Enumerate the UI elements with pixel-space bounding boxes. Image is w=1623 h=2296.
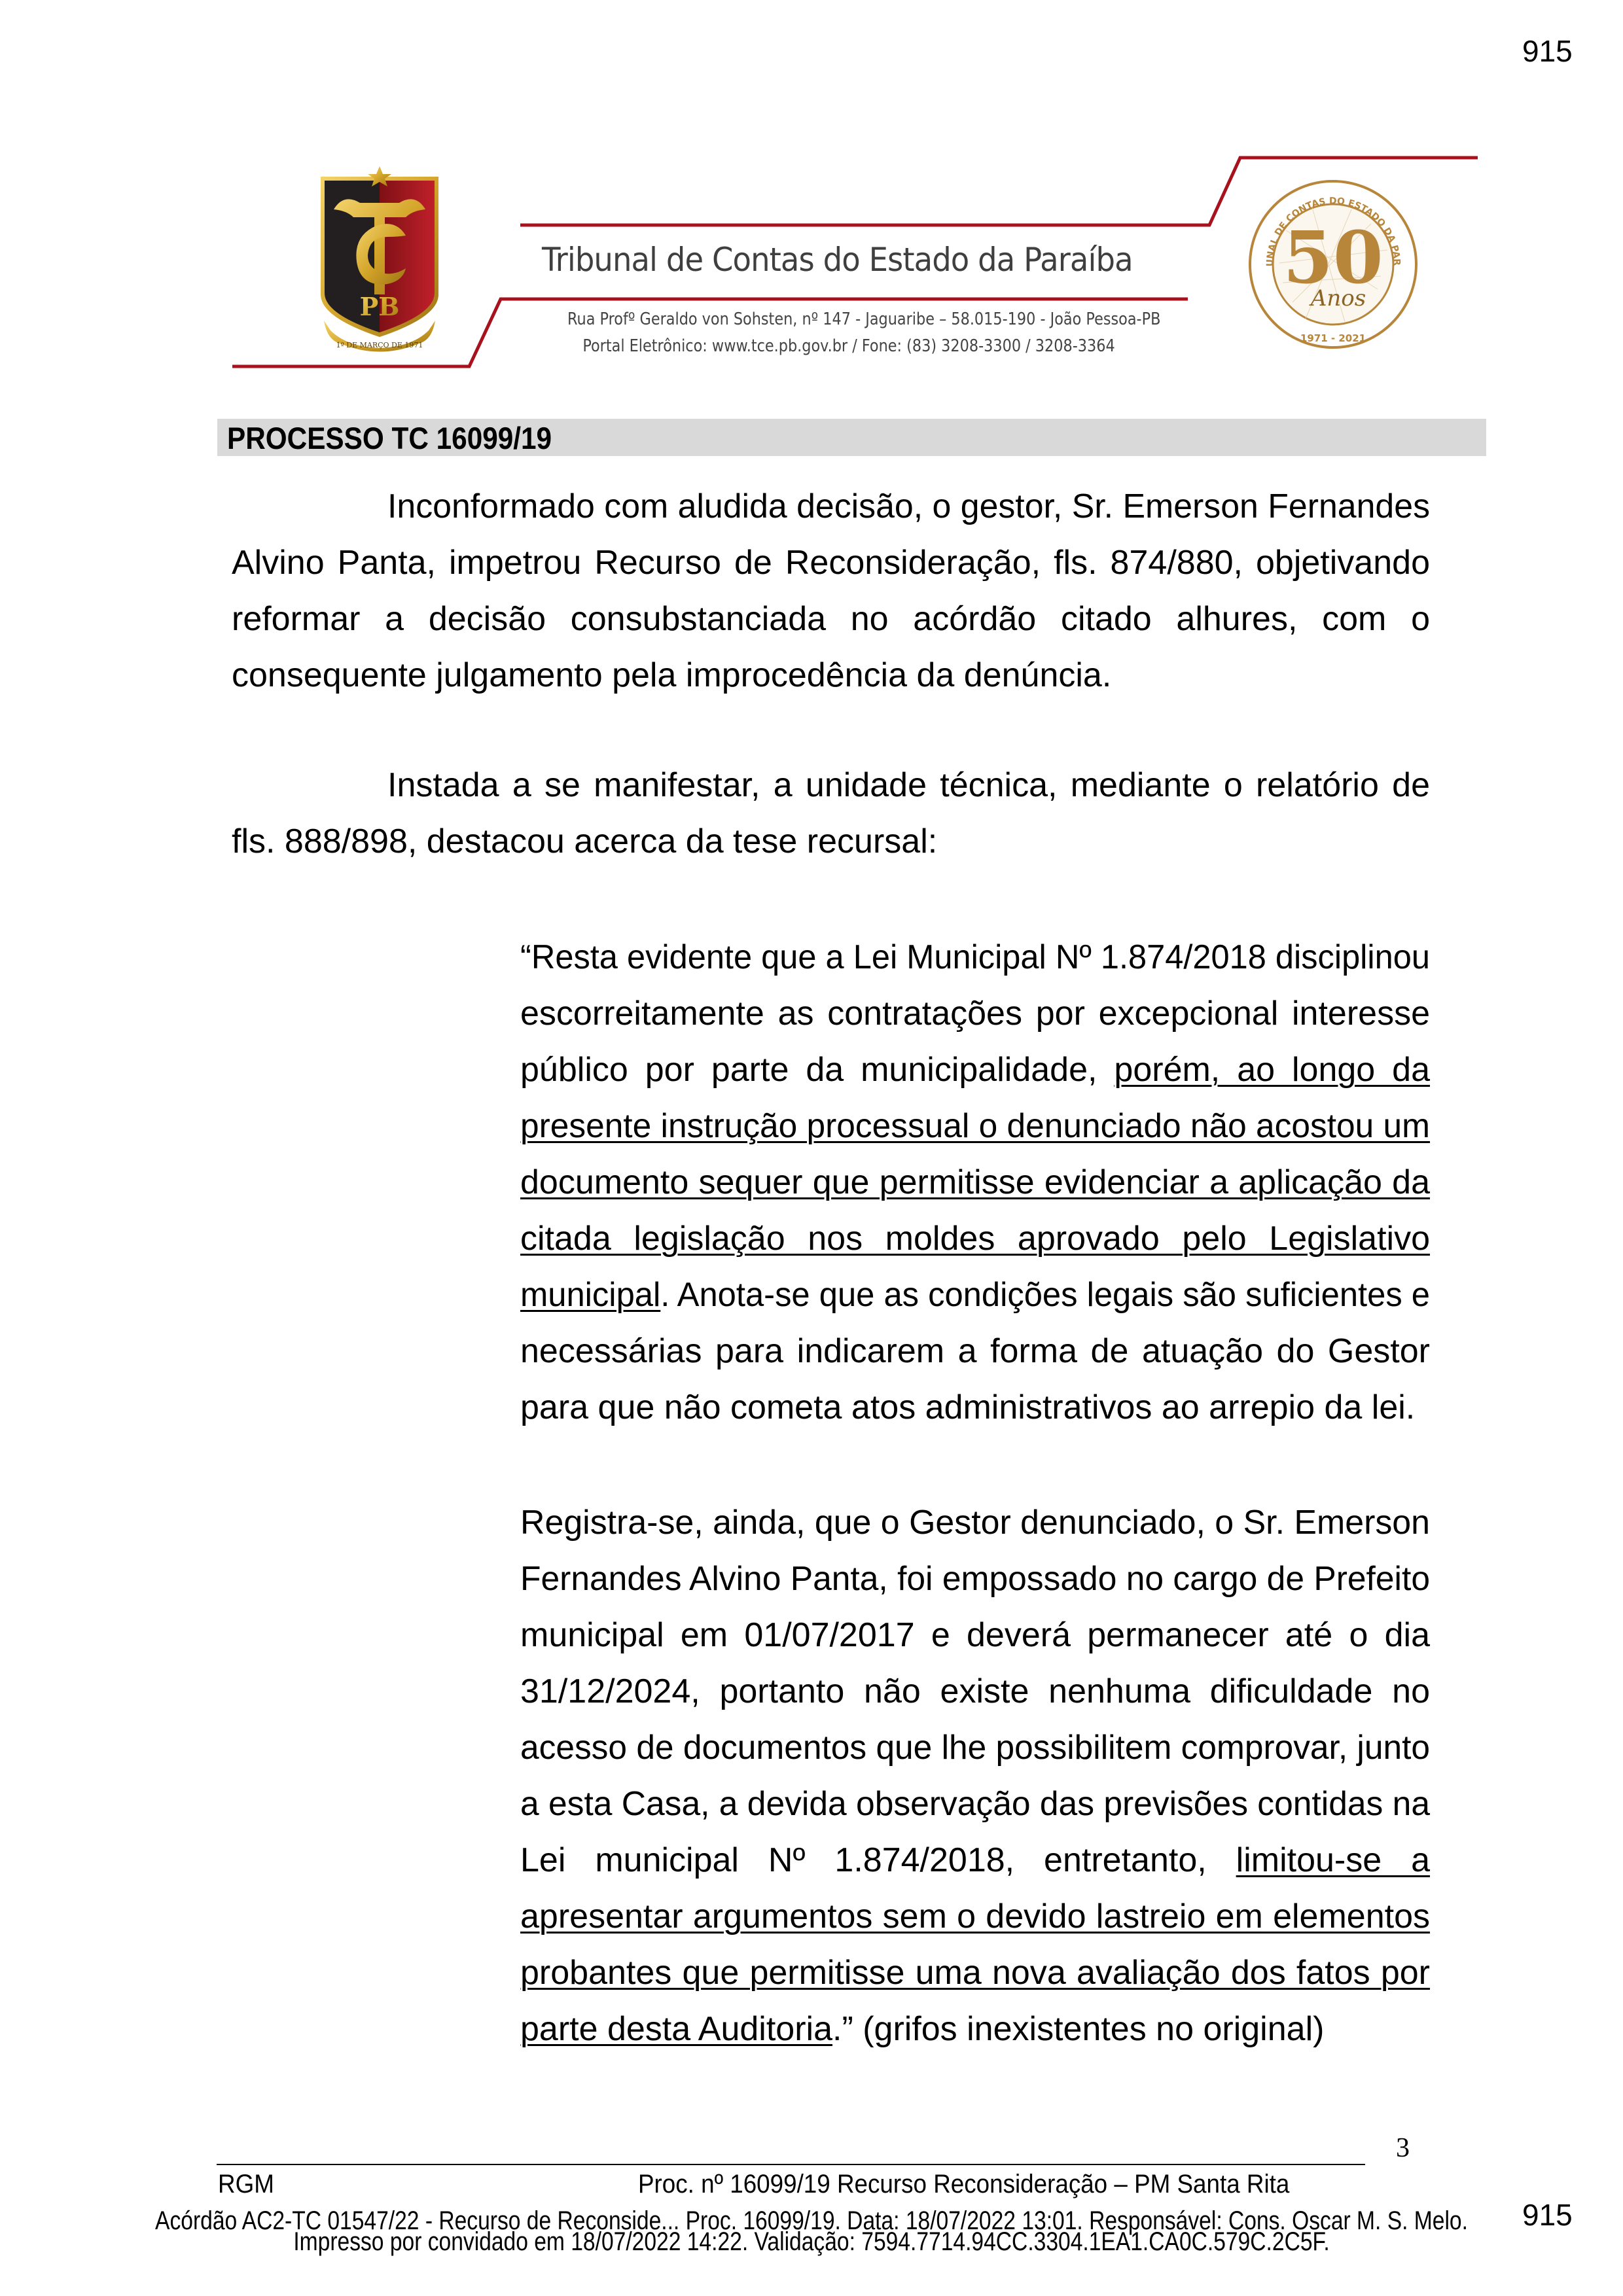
emphasis-underline: probantes que permitisse uma nova avalia… — [520, 1954, 1430, 1992]
quote-line: municipal. Anota-se que as condições leg… — [520, 1275, 1430, 1315]
emphasis-underline: presente instrução processual o denuncia… — [520, 1107, 1430, 1145]
quote-line: presente instrução processual o denuncia… — [520, 1106, 1430, 1146]
quote-line: público por parte da municipalidade, por… — [520, 1050, 1430, 1089]
quote-line: probantes que permitisse uma nova avalia… — [520, 1953, 1430, 1992]
quote-line: para que não cometa atos administrativos… — [520, 1388, 1430, 1427]
svg-text:1971 - 2021: 1971 - 2021 — [1300, 332, 1366, 344]
quote-line: necessárias para indicarem a forma de at… — [520, 1332, 1430, 1371]
emphasis-underline: apresentar argumentos sem o devido lastr… — [520, 1898, 1430, 1935]
quote-line: 31/12/2024, portanto não existe nenhuma … — [520, 1672, 1430, 1711]
svg-text:Anos: Anos — [1309, 285, 1366, 311]
quote-line: parte desta Auditoria.” (grifos inexiste… — [520, 2009, 1430, 2049]
emphasis-underline: parte desta Auditoria — [520, 2010, 832, 2048]
fifty-years-seal-icon: TRIBUNAL DE CONTAS DO ESTADO DA PARAÍBA … — [1247, 178, 1420, 351]
process-title-bar: PROCESSO TC 16099/19 — [217, 419, 1486, 456]
footer-rule — [217, 2164, 1365, 2165]
svg-text:PB: PB — [360, 292, 400, 321]
institution-name: Tribunal de Contas do Estado da Paraíba — [542, 241, 1133, 279]
text-line: Inconformado com aludida decisão, o gest… — [387, 487, 1430, 526]
quote-line: Fernandes Alvino Panta, foi empossado no… — [520, 1559, 1430, 1598]
footer-page-index: 3 — [1396, 2134, 1410, 2162]
institution-address: Rua Profº Geraldo von Sohsten, nº 147 - … — [567, 309, 1130, 329]
emphasis-underline: limitou-se a — [1236, 1841, 1430, 1879]
institution-contact: Portal Eletrônico: www.tce.pb.gov.br / F… — [567, 336, 1130, 356]
svg-text:1º DE MARÇO DE 1971: 1º DE MARÇO DE 1971 — [336, 341, 423, 349]
footer-author-initials: RGM — [218, 2171, 274, 2197]
process-title: PROCESSO TC 16099/19 — [227, 423, 552, 453]
text-line: Alvino Panta, impetrou Recurso de Recons… — [232, 543, 1430, 582]
text-line: fls. 888/898, destacou acerca da tese re… — [232, 822, 1430, 861]
quote-line: municipal em 01/07/2017 e deverá permane… — [520, 1616, 1430, 1655]
quote-line: escorreitamente as contratações por exce… — [520, 994, 1430, 1033]
text-line: consequente julgamento pela improcedênci… — [232, 656, 1430, 695]
emphasis-underline: documento sequer que permitisse evidenci… — [520, 1163, 1430, 1201]
quote-line: citada legislação nos moldes aprovado pe… — [520, 1219, 1430, 1258]
footer-process-reference: Proc. nº 16099/19 Recurso Reconsideração… — [638, 2171, 1289, 2197]
quote-line: documento sequer que permitisse evidenci… — [520, 1163, 1430, 1202]
quote-line: Registra-se, ainda, que o Gestor denunci… — [520, 1503, 1430, 1542]
page-number-bottom: 915 — [1522, 2200, 1573, 2230]
emphasis-underline: porém, ao longo da — [1114, 1051, 1430, 1089]
validation-stamp-line-2: Impresso por convidado em 18/07/2022 14:… — [130, 2229, 1493, 2255]
text-line: Instada a se manifestar, a unidade técni… — [387, 766, 1430, 805]
quote-line: “Resta evidente que a Lei Municipal Nº 1… — [520, 938, 1430, 977]
quote-line: a esta Casa, a devida observação das pre… — [520, 1784, 1430, 1824]
quote-line: Lei municipal Nº 1.874/2018, entretanto,… — [520, 1841, 1430, 1880]
text-line: reformar a decisão consubstanciada no ac… — [232, 599, 1430, 639]
quote-line: apresentar argumentos sem o devido lastr… — [520, 1897, 1430, 1936]
emphasis-underline: municipal — [520, 1276, 660, 1314]
quote-line: acesso de documentos que lhe possibilite… — [520, 1728, 1430, 1767]
tce-pb-crest-icon: PB 1º DE MARÇO DE 1971 — [314, 164, 445, 363]
emphasis-underline: citada legislação nos moldes aprovado pe… — [520, 1220, 1430, 1258]
